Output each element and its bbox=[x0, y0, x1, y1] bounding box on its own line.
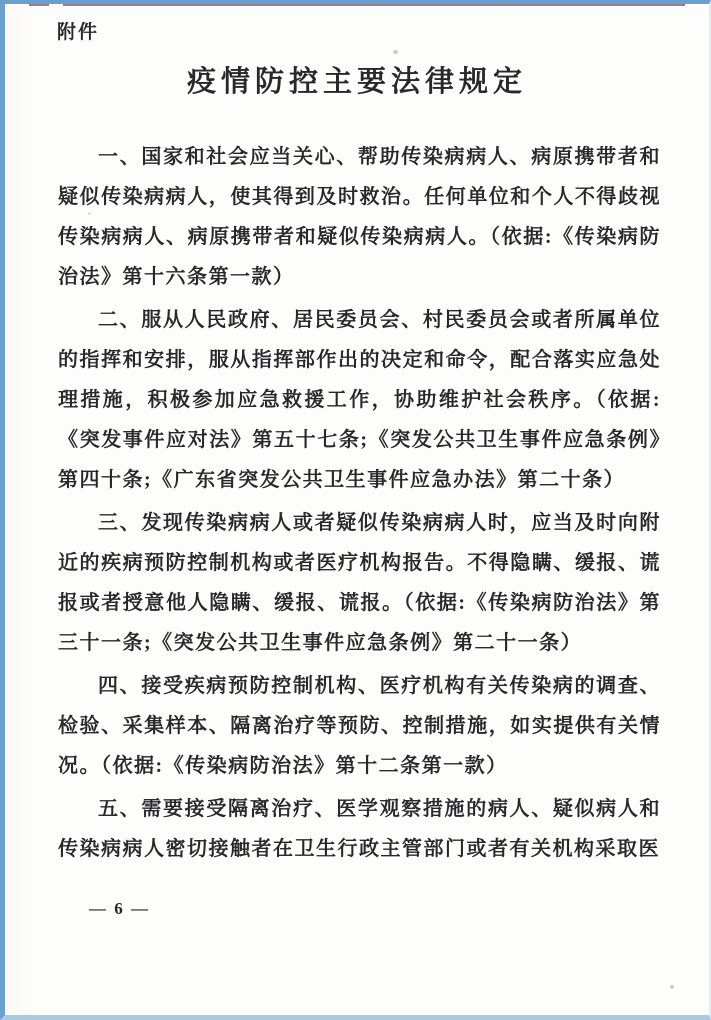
paragraph-5: 五、需要接受隔离治疗、医学观察措施的病人、疑似病人和传染病病人密切接触者在卫生行… bbox=[58, 789, 661, 869]
page-title: 疫情防控主要法律规定 bbox=[5, 62, 709, 102]
attachment-label: 附件 bbox=[57, 20, 709, 46]
scan-speck bbox=[670, 985, 674, 989]
scan-shading bbox=[5, 4, 39, 1015]
scan-artifact-line bbox=[29, 4, 685, 6]
paragraph-2: 二、服从人民政府、居民委员会、村民委员会或者所属单位的指挥和安排，服从指挥部作出… bbox=[58, 300, 661, 500]
scanned-document-page: 附件 疫情防控主要法律规定 一、国家和社会应当关心、帮助传染病病人、病原携带者和… bbox=[0, 0, 711, 1020]
scan-speck bbox=[88, 212, 91, 215]
paragraph-4: 四、接受疾病预防控制机构、医疗机构有关传染病的调查、检验、采集样本、隔离治疗等预… bbox=[58, 666, 661, 786]
page-number: — 6 — bbox=[89, 897, 150, 921]
paragraph-1: 一、国家和社会应当关心、帮助传染病病人、病原携带者和疑似传染病病人，使其得到及时… bbox=[58, 137, 661, 297]
paragraph-3: 三、发现传染病病人或者疑似传染病病人时，应当及时向附近的疾病预防控制机构或者医疗… bbox=[58, 503, 661, 663]
document-body: 一、国家和社会应当关心、帮助传染病病人、病原携带者和疑似传染病病人，使其得到及时… bbox=[58, 137, 661, 869]
scan-speck bbox=[393, 50, 398, 54]
